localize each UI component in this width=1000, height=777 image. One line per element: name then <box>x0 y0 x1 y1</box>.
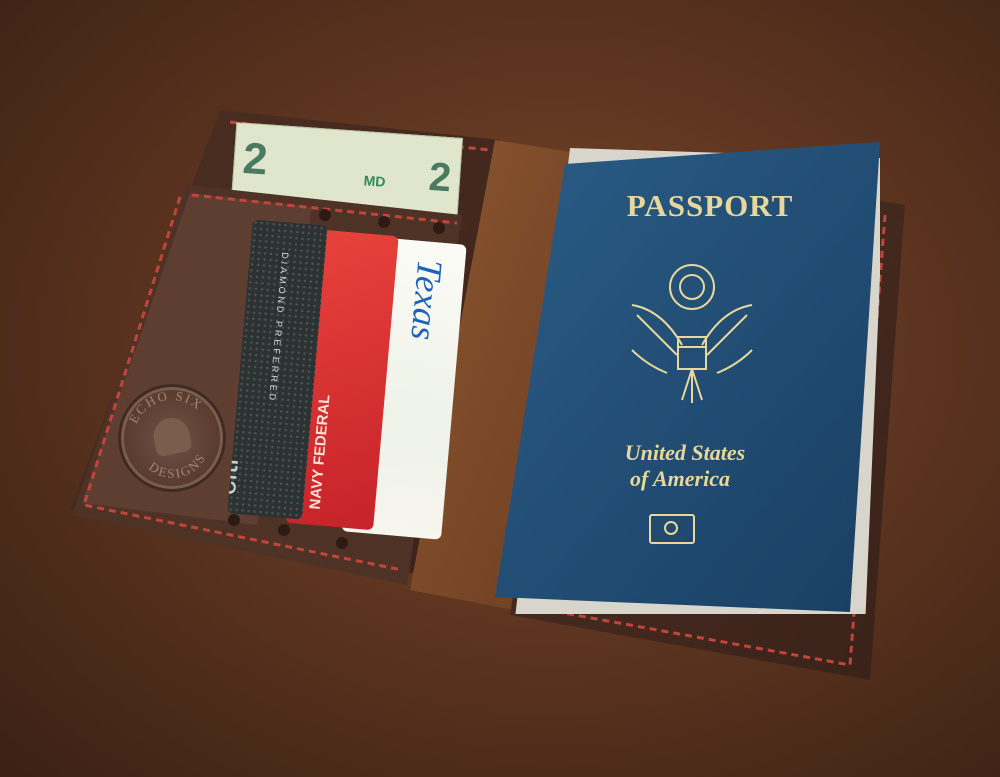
echo-six-designs-logo: ECHO SIX DESIGNS <box>108 374 236 502</box>
passport-chip-icon <box>649 514 695 544</box>
citi-card-tier: DIAMOND PREFERRED <box>267 252 290 404</box>
passport-country-line1: United States <box>600 440 770 466</box>
logo-bottom-text: DESIGNS <box>144 448 212 487</box>
bill-denomination: 2 <box>241 134 269 186</box>
license-state: Texas <box>402 258 451 342</box>
passport-title: PASSPORT <box>615 188 805 224</box>
svg-text:DESIGNS: DESIGNS <box>144 448 212 487</box>
passport-country-line2: of America <box>605 466 755 492</box>
great-seal-eagle-icon <box>612 255 772 415</box>
